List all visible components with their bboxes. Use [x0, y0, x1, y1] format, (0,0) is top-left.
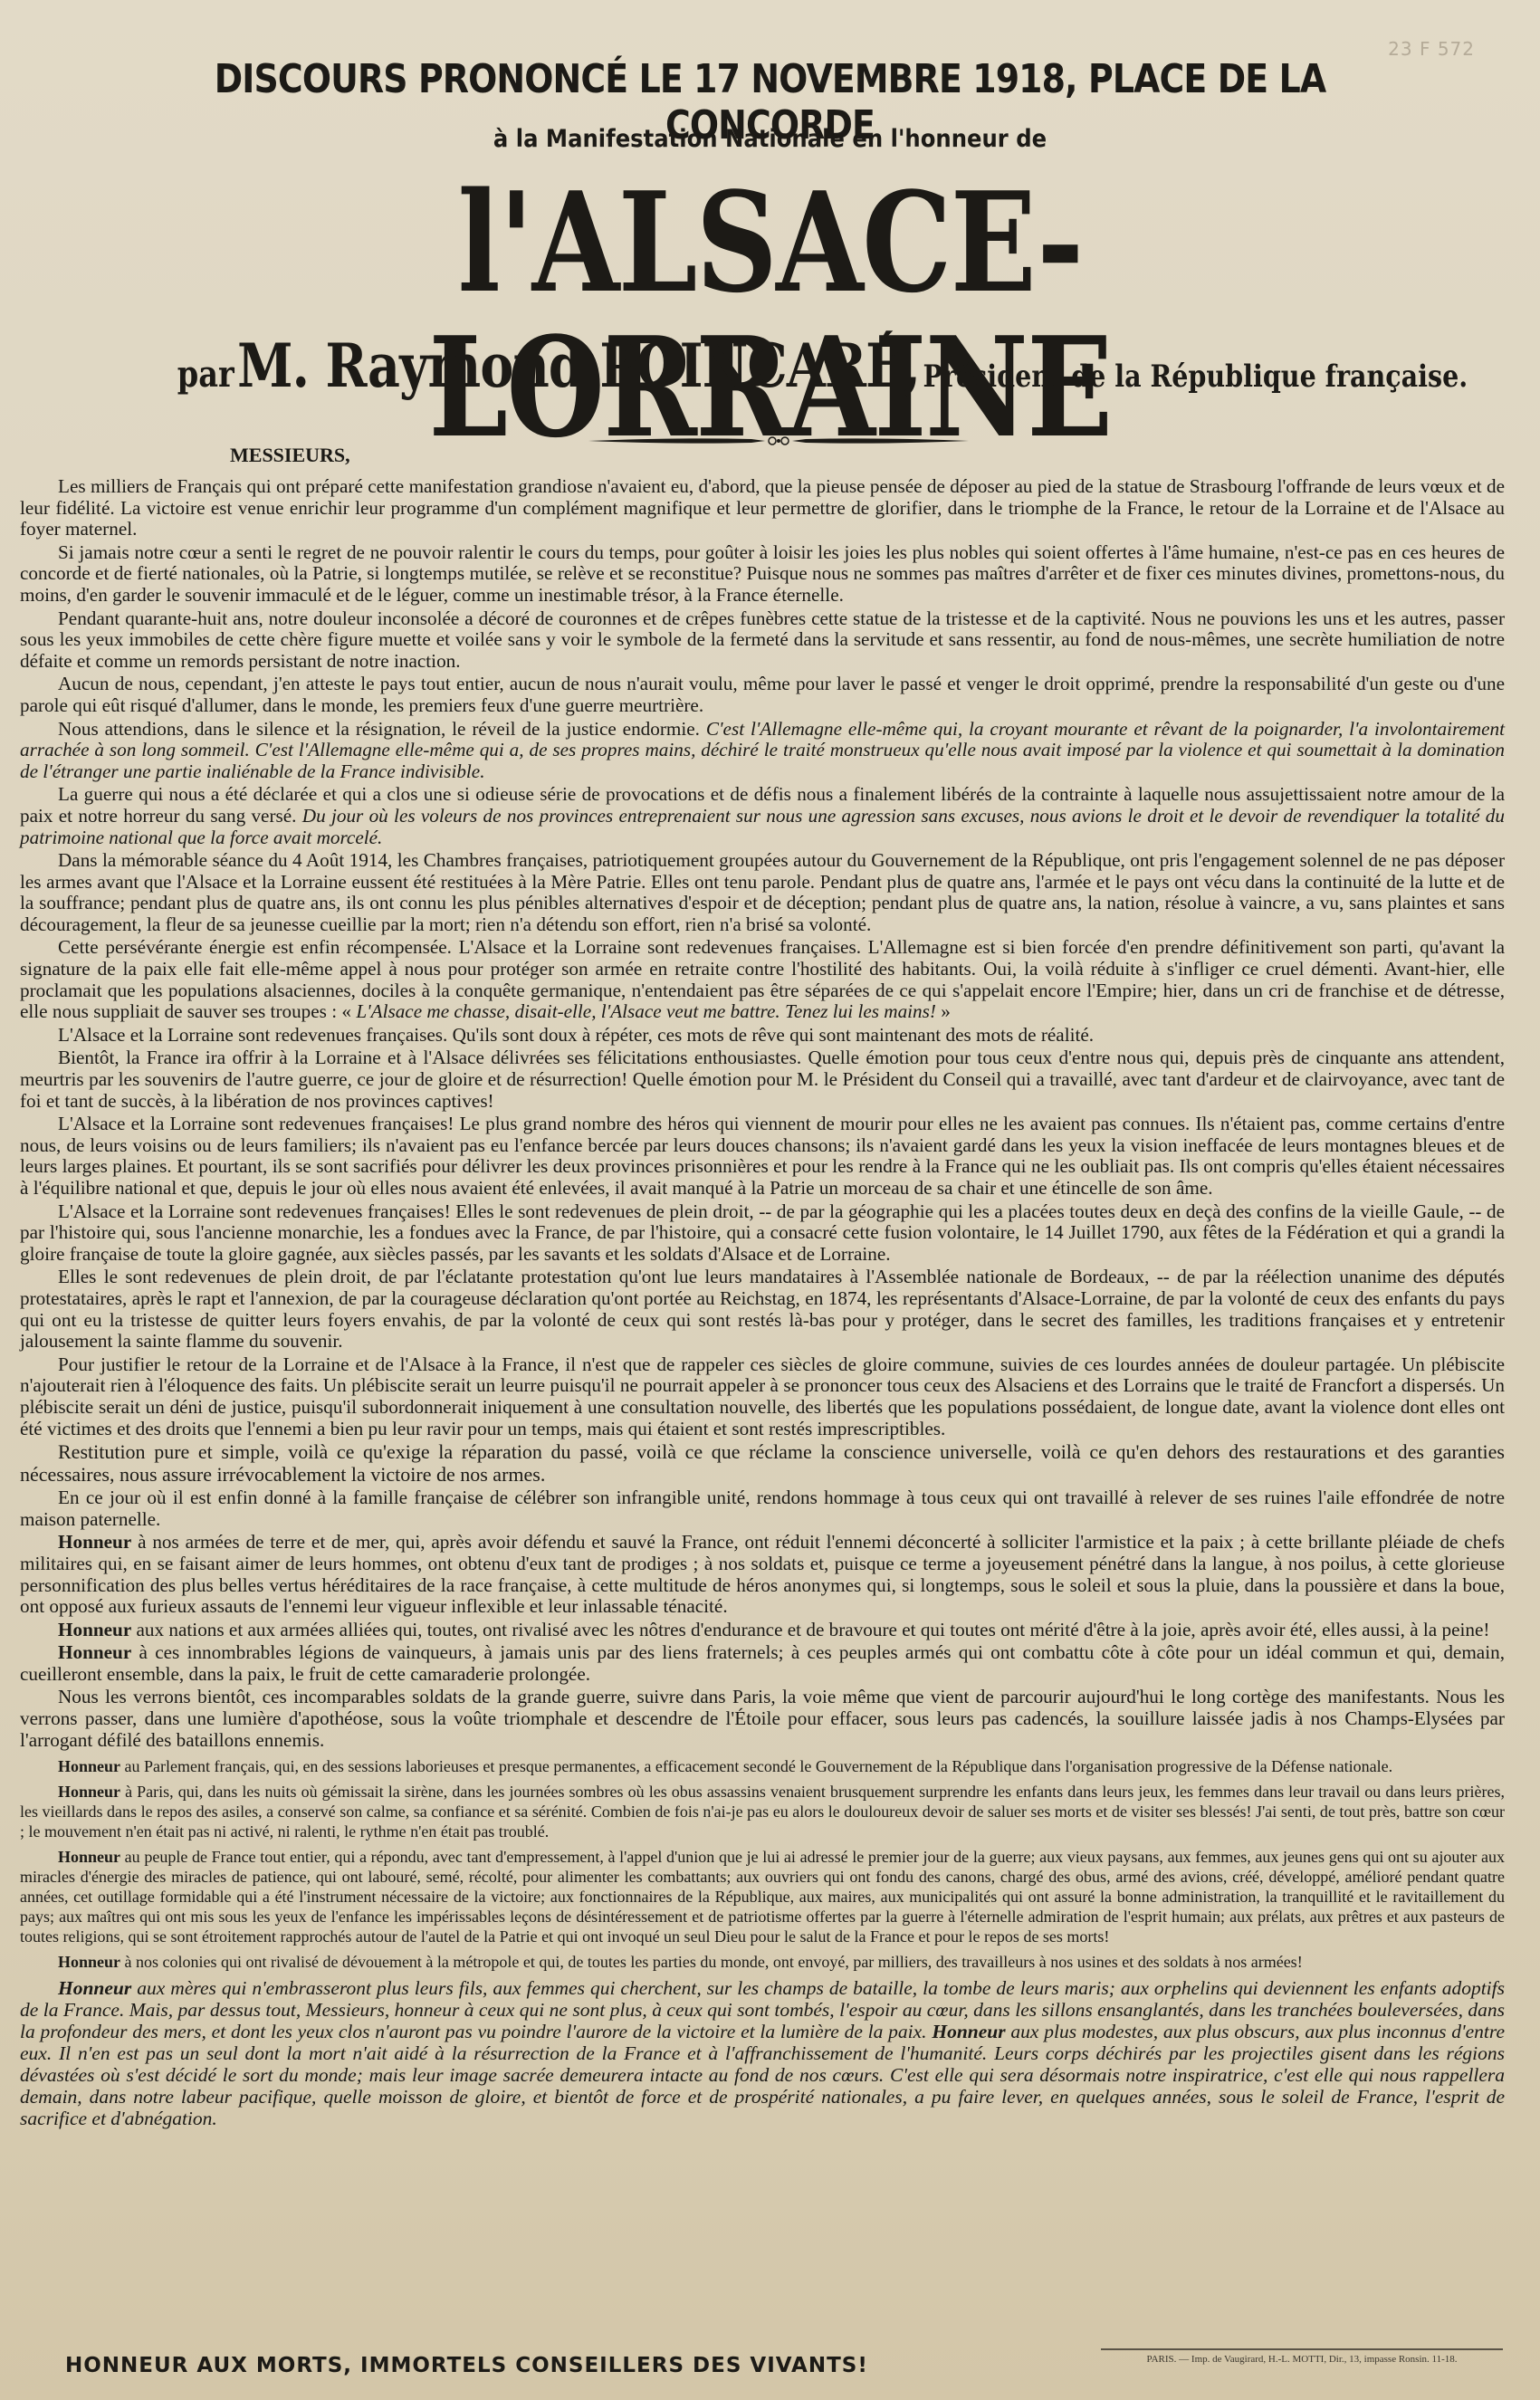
- text-run: Elles le sont redevenues de plein droit,…: [20, 1266, 1505, 1352]
- text-run: Aucun de nous, cependant, j'en atteste l…: [20, 673, 1505, 716]
- byline-par: par: [177, 353, 234, 396]
- ornamental-divider-icon: [588, 435, 969, 447]
- text-run: Nous attendions, dans le silence et la r…: [58, 718, 706, 740]
- byline-author-name: M. Raymond POINCARÉ,: [237, 330, 920, 401]
- closing-motto: HONNEUR AUX MORTS, IMMORTELS CONSEILLERS…: [65, 2354, 868, 2377]
- salutation: MESSIEURS,: [230, 444, 350, 467]
- text-run: Restitution pure et simple, voilà ce qu'…: [20, 1440, 1505, 1486]
- speech-paragraph: Dans la mémorable séance du 4 Août 1914,…: [20, 850, 1505, 935]
- subheadline: à la Manifestation Nationale en l'honneu…: [77, 125, 1463, 153]
- text-run: au peuple de France tout entier, qui a r…: [20, 1848, 1505, 1946]
- byline-author-role: Président de la République française.: [923, 359, 1468, 395]
- speech-paragraph: L'Alsace et la Lorraine sont redevenues …: [20, 1114, 1505, 1199]
- text-run: à nos colonies qui ont rivalisé de dévou…: [120, 1953, 1303, 1971]
- speech-paragraph: Honneur au Parlement français, qui, en d…: [20, 1756, 1505, 1776]
- emphasis-bold: Honneur: [58, 1783, 120, 1801]
- speech-paragraph: Honneur à ces innombrables légions de va…: [20, 1642, 1505, 1685]
- emphasis-bold: Honneur: [932, 2021, 1005, 2042]
- speech-paragraph: Les milliers de Français qui ont préparé…: [20, 476, 1505, 540]
- speech-paragraph: La guerre qui nous a été déclarée et qui…: [20, 784, 1505, 848]
- speech-paragraph: L'Alsace et la Lorraine sont redevenues …: [20, 1025, 1505, 1047]
- text-run: Pour justifier le retour de la Lorraine …: [20, 1353, 1505, 1439]
- text-run: à Paris, qui, dans les nuits où gémissai…: [20, 1783, 1505, 1841]
- text-run: au Parlement français, qui, en des sessi…: [120, 1757, 1392, 1775]
- speech-paragraph: En ce jour où il est enfin donné à la fa…: [20, 1487, 1505, 1530]
- emphasis-bold: Honneur: [58, 1757, 120, 1775]
- text-run: Pendant quarante-huit ans, notre douleur…: [20, 607, 1505, 672]
- speech-paragraph: Nous attendions, dans le silence et la r…: [20, 719, 1505, 783]
- byline: par M. Raymond POINCARÉ, Président de la…: [54, 330, 1504, 401]
- speech-paragraph: Nous les verrons bientôt, ces incomparab…: [20, 1687, 1505, 1751]
- poster: 23 F 572 DISCOURS PRONONCÉ LE 17 NOVEMBR…: [0, 0, 1540, 2400]
- text-run: Dans la mémorable séance du 4 Août 1914,…: [20, 849, 1505, 935]
- poster-title: l'ALSACE-LORRAINE: [139, 170, 1401, 460]
- text-run: à nos armées de terre et de mer, qui, ap…: [20, 1531, 1505, 1617]
- speech-paragraph: Honneur à nos colonies qui ont rivalisé …: [20, 1952, 1505, 1972]
- text-run: En ce jour où il est enfin donné à la fa…: [20, 1487, 1505, 1530]
- text-run: Les milliers de Français qui ont préparé…: [20, 475, 1505, 540]
- speech-paragraph: Pendant quarante-huit ans, notre douleur…: [20, 608, 1505, 673]
- emphasis-bold: Honneur: [58, 1641, 131, 1663]
- text-run: L'Alsace et la Lorraine sont redevenues …: [58, 1024, 1094, 1046]
- speech-paragraph: Honneur aux mères qui n'embrasseront plu…: [20, 1977, 1505, 2129]
- text-run: Si jamais notre cœur a senti le regret d…: [20, 541, 1505, 606]
- emphasis-bold: Honneur: [58, 1953, 120, 1971]
- text-run: aux nations et aux armées alliées qui, t…: [131, 1619, 1489, 1640]
- speech-paragraph: Honneur au peuple de France tout entier,…: [20, 1847, 1505, 1946]
- speech-paragraph: L'Alsace et la Lorraine sont redevenues …: [20, 1201, 1505, 1266]
- text-run: à ces innombrables légions de vainqueurs…: [20, 1641, 1505, 1685]
- speech-paragraph: Honneur à Paris, qui, dans les nuits où …: [20, 1782, 1505, 1841]
- text-run: Bientôt, la France ira offrir à la Lorra…: [20, 1047, 1505, 1111]
- speech-paragraph: Honneur à nos armées de terre et de mer,…: [20, 1532, 1505, 1617]
- emphasis-bold: Honneur: [58, 1619, 131, 1640]
- speech-paragraph: Honneur aux nations et aux armées alliée…: [20, 1620, 1505, 1641]
- emphasis-bold: Honneur: [58, 1531, 131, 1553]
- text-run: L'Alsace et la Lorraine sont redevenues …: [20, 1113, 1505, 1199]
- emphasis-bold: Honneur: [58, 1977, 131, 1999]
- speech-paragraph: Aucun de nous, cependant, j'en atteste l…: [20, 674, 1505, 716]
- text-run: Nous les verrons bientôt, ces incomparab…: [20, 1686, 1505, 1750]
- speech-body: Les milliers de Français qui ont préparé…: [20, 476, 1505, 2131]
- emphasis-italic: L'Alsace me chasse, disait-elle, l'Alsac…: [356, 1000, 936, 1022]
- speech-paragraph: Elles le sont redevenues de plein droit,…: [20, 1267, 1505, 1352]
- text-run: L'Alsace et la Lorraine sont redevenues …: [20, 1200, 1505, 1265]
- printer-imprint: PARIS. — Imp. de Vaugirard, H.-L. MOTTI,…: [1101, 2348, 1503, 2365]
- speech-paragraph: Si jamais notre cœur a senti le regret d…: [20, 542, 1505, 607]
- speech-paragraph: Cette persévérante énergie est enfin réc…: [20, 937, 1505, 1022]
- text-run: »: [936, 1000, 951, 1022]
- speech-paragraph: Pour justifier le retour de la Lorraine …: [20, 1354, 1505, 1439]
- speech-paragraph: Restitution pure et simple, voilà ce qu'…: [20, 1441, 1505, 1486]
- speech-paragraph: Bientôt, la France ira offrir à la Lorra…: [20, 1047, 1505, 1112]
- emphasis-bold: Honneur: [58, 1848, 120, 1866]
